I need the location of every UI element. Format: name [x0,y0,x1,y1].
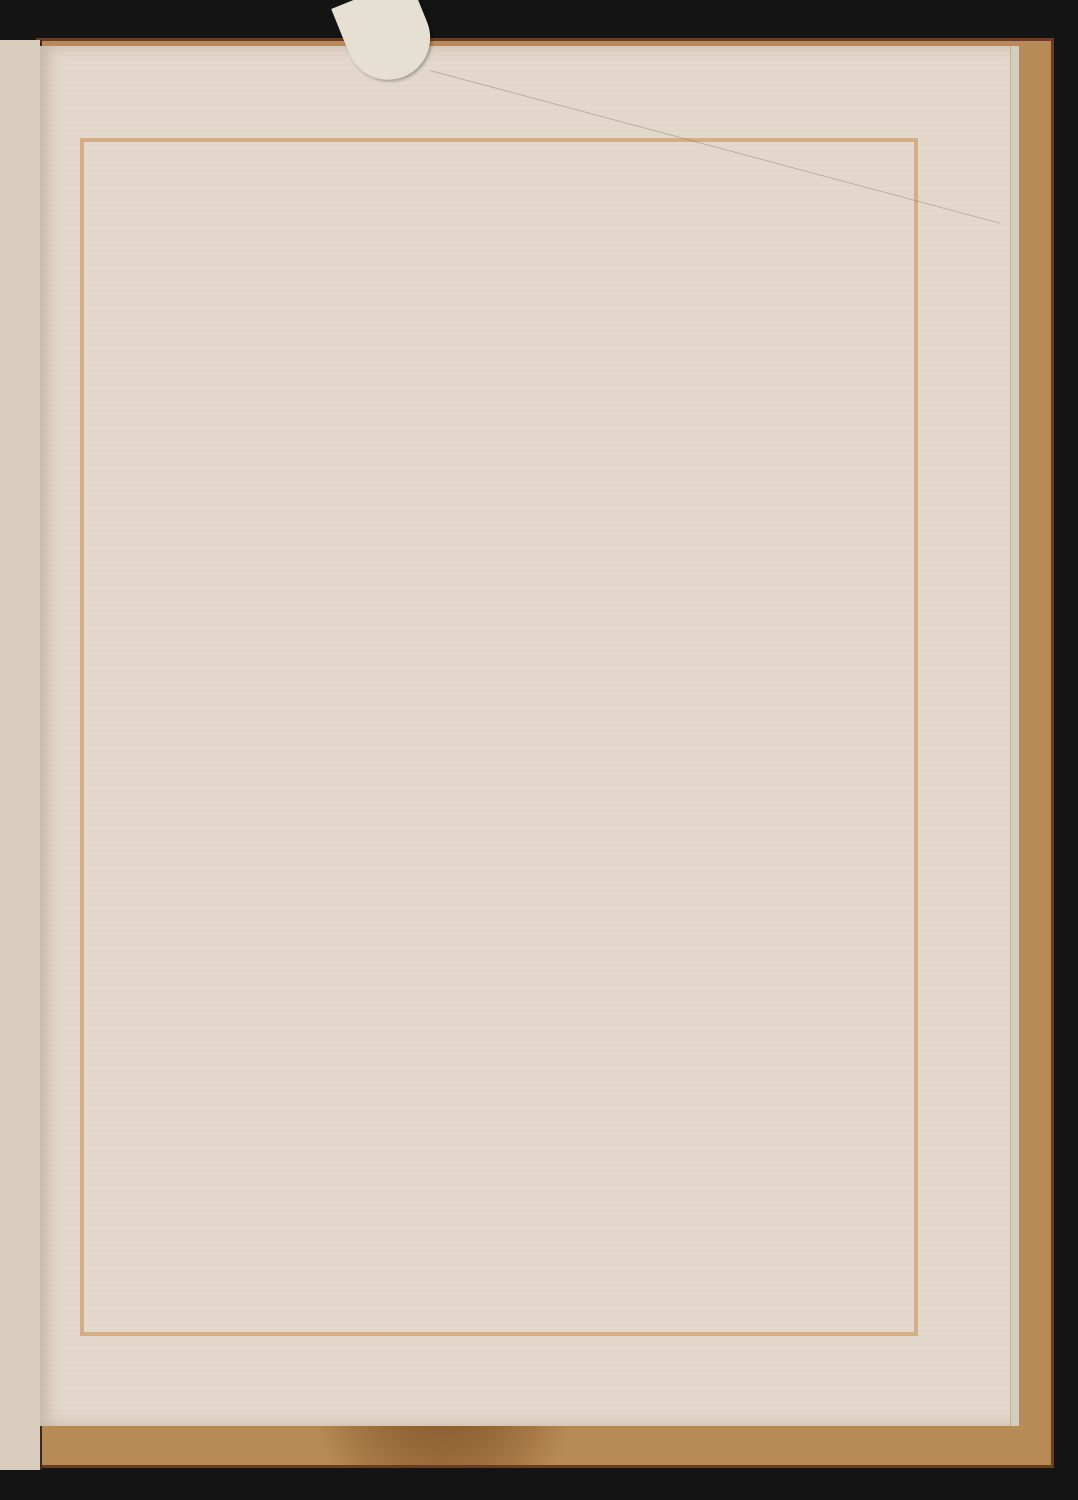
facing-page-edge [0,40,42,1470]
printed-border-frame [80,138,918,1336]
page-fold [1010,46,1019,1426]
